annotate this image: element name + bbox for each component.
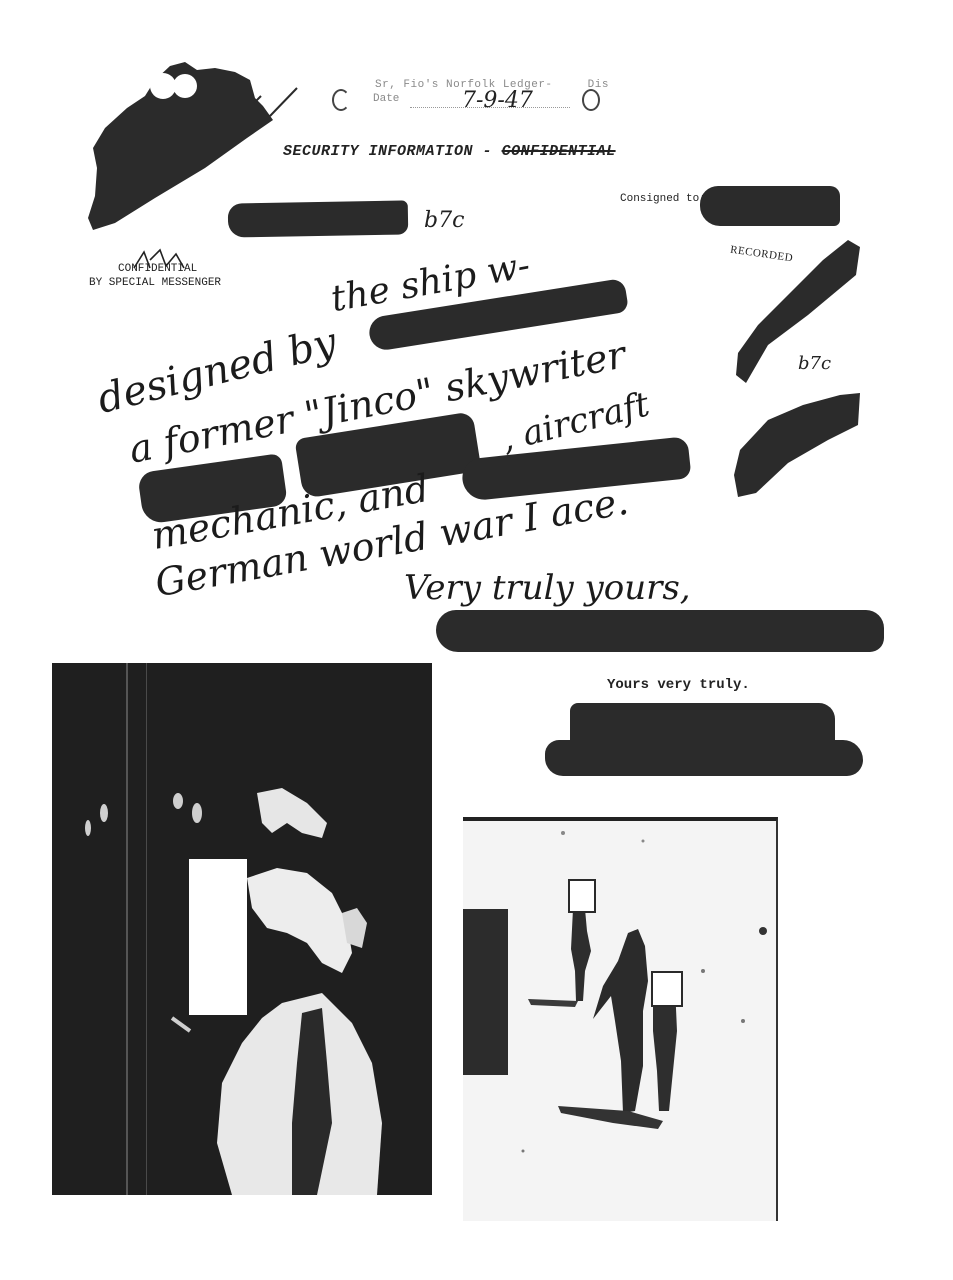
punch-hole-left — [332, 89, 350, 111]
handwritten-closing: Very truly yours, — [404, 568, 691, 608]
handwritten-initials — [132, 248, 212, 272]
delivery-method-label: BY SPECIAL MESSENGER — [89, 277, 221, 289]
date-value: 7-9-47 — [462, 88, 533, 113]
redaction-right-stack — [728, 235, 863, 510]
redaction-signature-handwritten — [436, 610, 884, 652]
punch-hole-right — [582, 89, 600, 111]
typed-closing: Yours very truly. — [607, 677, 750, 693]
redacted-face-block — [189, 859, 247, 1015]
exemption-code-b7c-right: b7c — [798, 353, 831, 374]
portrait-photo — [52, 663, 432, 1195]
date-label: Date — [373, 93, 399, 105]
beach-figures — [463, 821, 776, 1221]
security-prefix: SECURITY INFORMATION - — [283, 143, 492, 160]
redacted-face-block — [568, 879, 596, 913]
redaction-addressee — [228, 200, 409, 237]
redacted-face-block — [651, 971, 683, 1007]
redaction-consignee — [700, 186, 840, 226]
redaction-signature-typed-lower — [545, 740, 863, 776]
security-heading: SECURITY INFORMATION - CONFIDENTIAL — [283, 143, 616, 160]
security-struck-classification: CONFIDENTIAL — [502, 143, 616, 160]
consigned-label: Consigned to: — [620, 193, 706, 205]
exemption-code-b7c: b7c — [424, 208, 464, 233]
beach-photo — [463, 817, 778, 1221]
